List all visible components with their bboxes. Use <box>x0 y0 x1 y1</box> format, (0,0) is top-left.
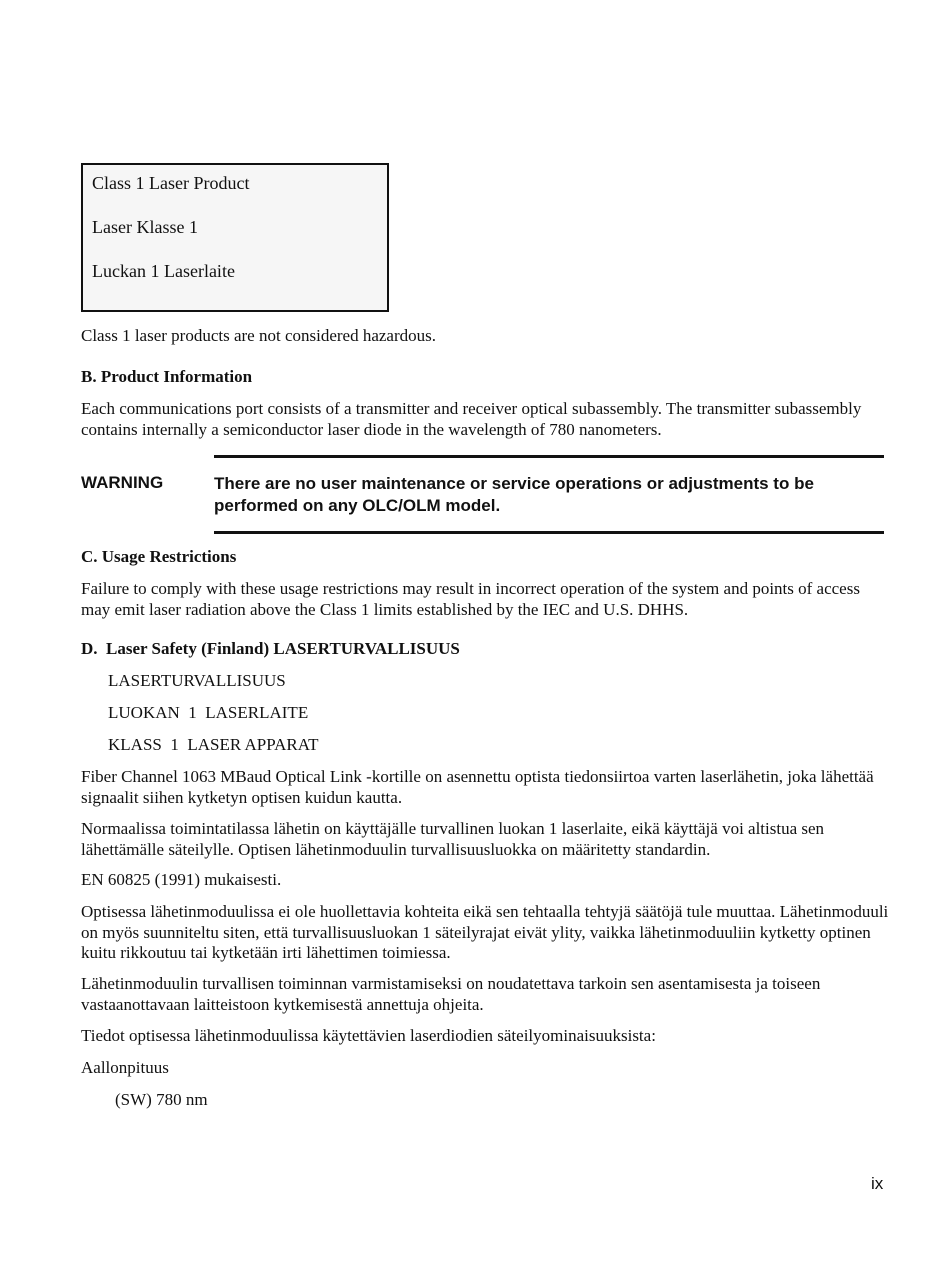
label-line-finnish: Luckan 1 Laserlaite <box>92 261 235 281</box>
warning-top-rule <box>214 455 884 458</box>
page-number: ix <box>871 1174 883 1194</box>
finnish-paragraph-1: Fiber Channel 1063 MBaud Optical Link -k… <box>81 767 891 808</box>
warning-label: WARNING <box>81 473 163 493</box>
finnish-paragraph-3: EN 60825 (1991) mukaisesti. <box>81 870 891 891</box>
section-c-body: Failure to comply with these usage restr… <box>81 579 891 620</box>
wavelength-value: (SW) 780 nm <box>115 1090 208 1110</box>
laser-class-label-box: Class 1 Laser Product Laser Klasse 1 Luc… <box>81 163 389 312</box>
wavelength-label: Aallonpituus <box>81 1058 891 1079</box>
finnish-label-3: KLASS 1 LASER APPARAT <box>108 735 319 755</box>
finnish-paragraph-6: Tiedot optisessa lähetinmoduulissa käyte… <box>81 1026 891 1047</box>
label-line-english: Class 1 Laser Product <box>92 173 249 193</box>
finnish-label-2: LUOKAN 1 LASERLAITE <box>108 703 308 723</box>
warning-bottom-rule <box>214 531 884 534</box>
finnish-paragraph-5: Lähetinmoduulin turvallisen toiminnan va… <box>81 974 891 1015</box>
finnish-paragraph-4: Optisessa lähetinmoduulissa ei ole huoll… <box>81 902 891 964</box>
section-d-heading: D. Laser Safety (Finland) LASERTURVALLIS… <box>81 639 460 659</box>
label-line-german: Laser Klasse 1 <box>92 217 198 237</box>
section-c-heading: C. Usage Restrictions <box>81 547 236 567</box>
intro-text: Class 1 laser products are not considere… <box>81 326 891 347</box>
section-b-body: Each communications port consists of a t… <box>81 399 891 440</box>
finnish-label-1: LASERTURVALLISUUS <box>108 671 286 691</box>
section-b-heading: B. Product Information <box>81 367 252 387</box>
finnish-paragraph-2: Normaalissa toimintatilassa lähetin on k… <box>81 819 891 860</box>
warning-text: There are no user maintenance or service… <box>214 473 894 517</box>
